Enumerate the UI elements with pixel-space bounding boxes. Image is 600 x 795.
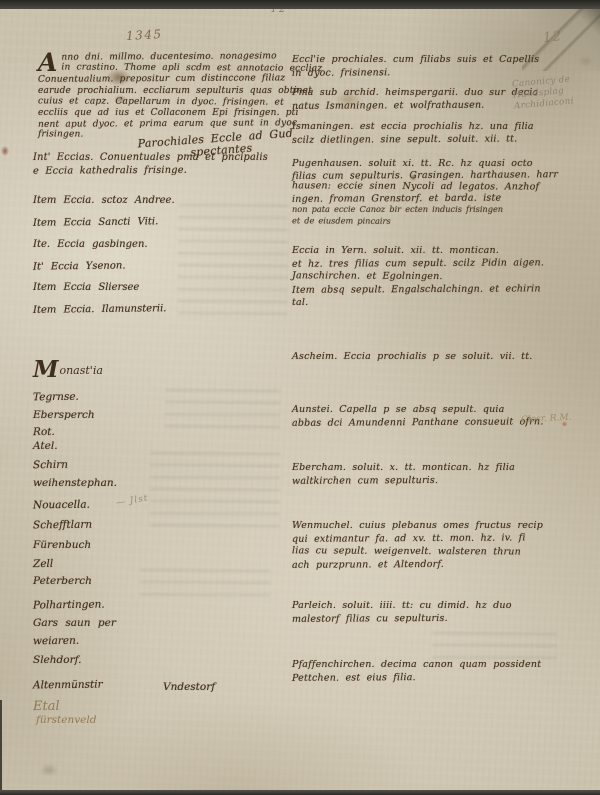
show-through-text bbox=[140, 565, 270, 606]
heading-rest: onast'ia bbox=[59, 364, 102, 377]
show-through-text bbox=[178, 200, 289, 316]
monastery-entry: Atel. bbox=[33, 440, 58, 452]
monastery-entry: Slehdorf. bbox=[33, 654, 81, 666]
monastery-entry: Altenmünstir bbox=[33, 679, 103, 692]
parish-paragraph: Parleich. soluit. iiii. tt: cu dimid. hz… bbox=[292, 599, 567, 625]
text-line: tal. bbox=[292, 296, 567, 309]
collegiate-church-entry: Item Eccia. Ilamunsterii. bbox=[33, 303, 167, 316]
scan-edge-top bbox=[0, 0, 600, 9]
monastery-entry: Schefftlarn bbox=[33, 519, 92, 532]
text-line: Pettchen. est eius filia. bbox=[292, 670, 567, 685]
text-line: malestorf filias cu sepulturis. bbox=[292, 611, 567, 626]
text-line: Ismaningen. est eccia prochialis hz. una… bbox=[292, 120, 567, 133]
monastery-entry: Rot. bbox=[33, 426, 55, 438]
monastery-entry: Gars saun per bbox=[33, 617, 116, 629]
text-line: Ascheim. Eccia prochialis p se soluit. v… bbox=[292, 350, 567, 363]
text-line: earude prochialium. eccliarum sepulturis… bbox=[38, 86, 298, 97]
text-line: et de eiusdem pincairs bbox=[292, 215, 567, 228]
parchment-page: ·· 12 1345 12 A nno dni. millmo. ducente… bbox=[0, 0, 600, 795]
monastery-entry-side: Vndestorf bbox=[163, 681, 215, 693]
monastery-entry: Polhartingen. bbox=[33, 599, 105, 612]
manuscript-scan: ·· 12 1345 12 A nno dni. millmo. ducente… bbox=[0, 0, 600, 795]
text-line: Eccia in Yern. soluit. xii. tt. montican… bbox=[292, 244, 567, 257]
smudge-stain bbox=[40, 764, 58, 776]
parish-paragraph: Ebercham. soluit. x. tt. montican. hz fi… bbox=[292, 461, 567, 487]
text-line: non pata eccie Canoz bir ecten inducis f… bbox=[292, 204, 567, 216]
text-line: e Eccia kathedralis frisinge. bbox=[33, 163, 268, 177]
parish-paragraph: Wenmuchel. cuius plebanus omes fructus r… bbox=[292, 519, 567, 571]
parish-paragraph: Pugenhausen. soluit xi. tt. Rc. hz quasi… bbox=[292, 158, 567, 228]
monastery-entry: Nouacella. bbox=[33, 499, 90, 512]
collegiate-church-entry: Ite. Eccia gasbingen. bbox=[33, 239, 148, 250]
collegiate-church-entry: It' Eccia Ysenon. bbox=[33, 260, 126, 272]
collegiate-church-entry: Item Eccia Sancti Viti. bbox=[33, 216, 158, 229]
text-line: scilz dietlingen. sine sepult. soluit. x… bbox=[292, 132, 567, 147]
monastery-entry: Schirn bbox=[33, 459, 68, 471]
text-line: Wenmuchel. cuius plebanus omes fructus r… bbox=[292, 519, 567, 532]
monastery-entry: weihenstephan. bbox=[33, 477, 117, 489]
text-line: waltkirchen cum sepulturis. bbox=[292, 473, 567, 488]
collegiate-church-entry: Item Eccia Sliersee bbox=[33, 282, 139, 293]
pencil-annotation: — Jlst bbox=[115, 494, 149, 509]
monastery-entry: Zell bbox=[33, 558, 53, 570]
show-through-text bbox=[165, 385, 280, 434]
monastery-entry: weiaren. bbox=[33, 635, 79, 648]
show-through-text bbox=[150, 448, 281, 534]
monastery-entry: Peterberch bbox=[33, 575, 92, 587]
parish-paragraph: Ascheim. Eccia prochialis p se soluit. v… bbox=[292, 350, 567, 363]
text-line: ingen. froman Grenstorf. et barda. iste bbox=[292, 192, 567, 205]
monastery-entry: Fürenbuch bbox=[33, 539, 91, 551]
text-line: Pfaffenchirchen. decima canon quam possi… bbox=[292, 658, 567, 671]
text-line: Ebercham. soluit. x. tt. montican. hz fi… bbox=[292, 461, 567, 474]
collegiate-church-entry: Item Eccia. sctoz Andree. bbox=[33, 195, 175, 206]
monastery-entry: Ebersperch bbox=[33, 409, 95, 421]
text-line: Pugenhausen. soluit xi. tt. Rc. hz quasi… bbox=[292, 158, 567, 170]
year-annotation: 1345 bbox=[126, 27, 163, 43]
page-corner-fold bbox=[522, 9, 600, 71]
monastery-entry-later-hand: fürstenveld bbox=[36, 714, 96, 726]
monasteries-heading: Monast'ia bbox=[33, 356, 103, 383]
monastery-entry: Tegrnse. bbox=[33, 391, 79, 404]
conventuales-paragraph: Int' Eccias. Conuentuales pma et pncipal… bbox=[33, 151, 268, 177]
marginal-note: Canonicy de Hündsplag Archidiaconi bbox=[512, 74, 575, 112]
parish-paragraph: Eccia in Yern. soluit. xii. tt. montican… bbox=[292, 244, 567, 309]
text-line: Item absq sepult. Engalschalchingn. et e… bbox=[292, 282, 567, 297]
red-stain bbox=[1, 146, 9, 156]
monastery-entry-later-hand: Etal bbox=[33, 699, 60, 714]
illuminated-initial: M bbox=[33, 356, 59, 383]
text-line: Conuentualium. prepositur cum distinccon… bbox=[38, 74, 298, 87]
text-line: ach purzprunn. et Altendorf. bbox=[292, 557, 567, 572]
text-line: cuius et capz. Capellarum in dyoc. frisi… bbox=[38, 96, 298, 109]
parish-paragraph: Ismaningen. est eccia prochialis hz. una… bbox=[292, 120, 567, 146]
parish-paragraph: Pfaffenchirchen. decima canon quam possi… bbox=[292, 658, 567, 684]
text-line: Int' Eccias. Conuentuales pma et pncipal… bbox=[33, 151, 268, 164]
scan-edge-bottom bbox=[0, 790, 600, 795]
text-line: Parleich. soluit. iiii. tt: cu dimid. hz… bbox=[292, 599, 567, 612]
scan-edge-left bbox=[0, 700, 2, 790]
